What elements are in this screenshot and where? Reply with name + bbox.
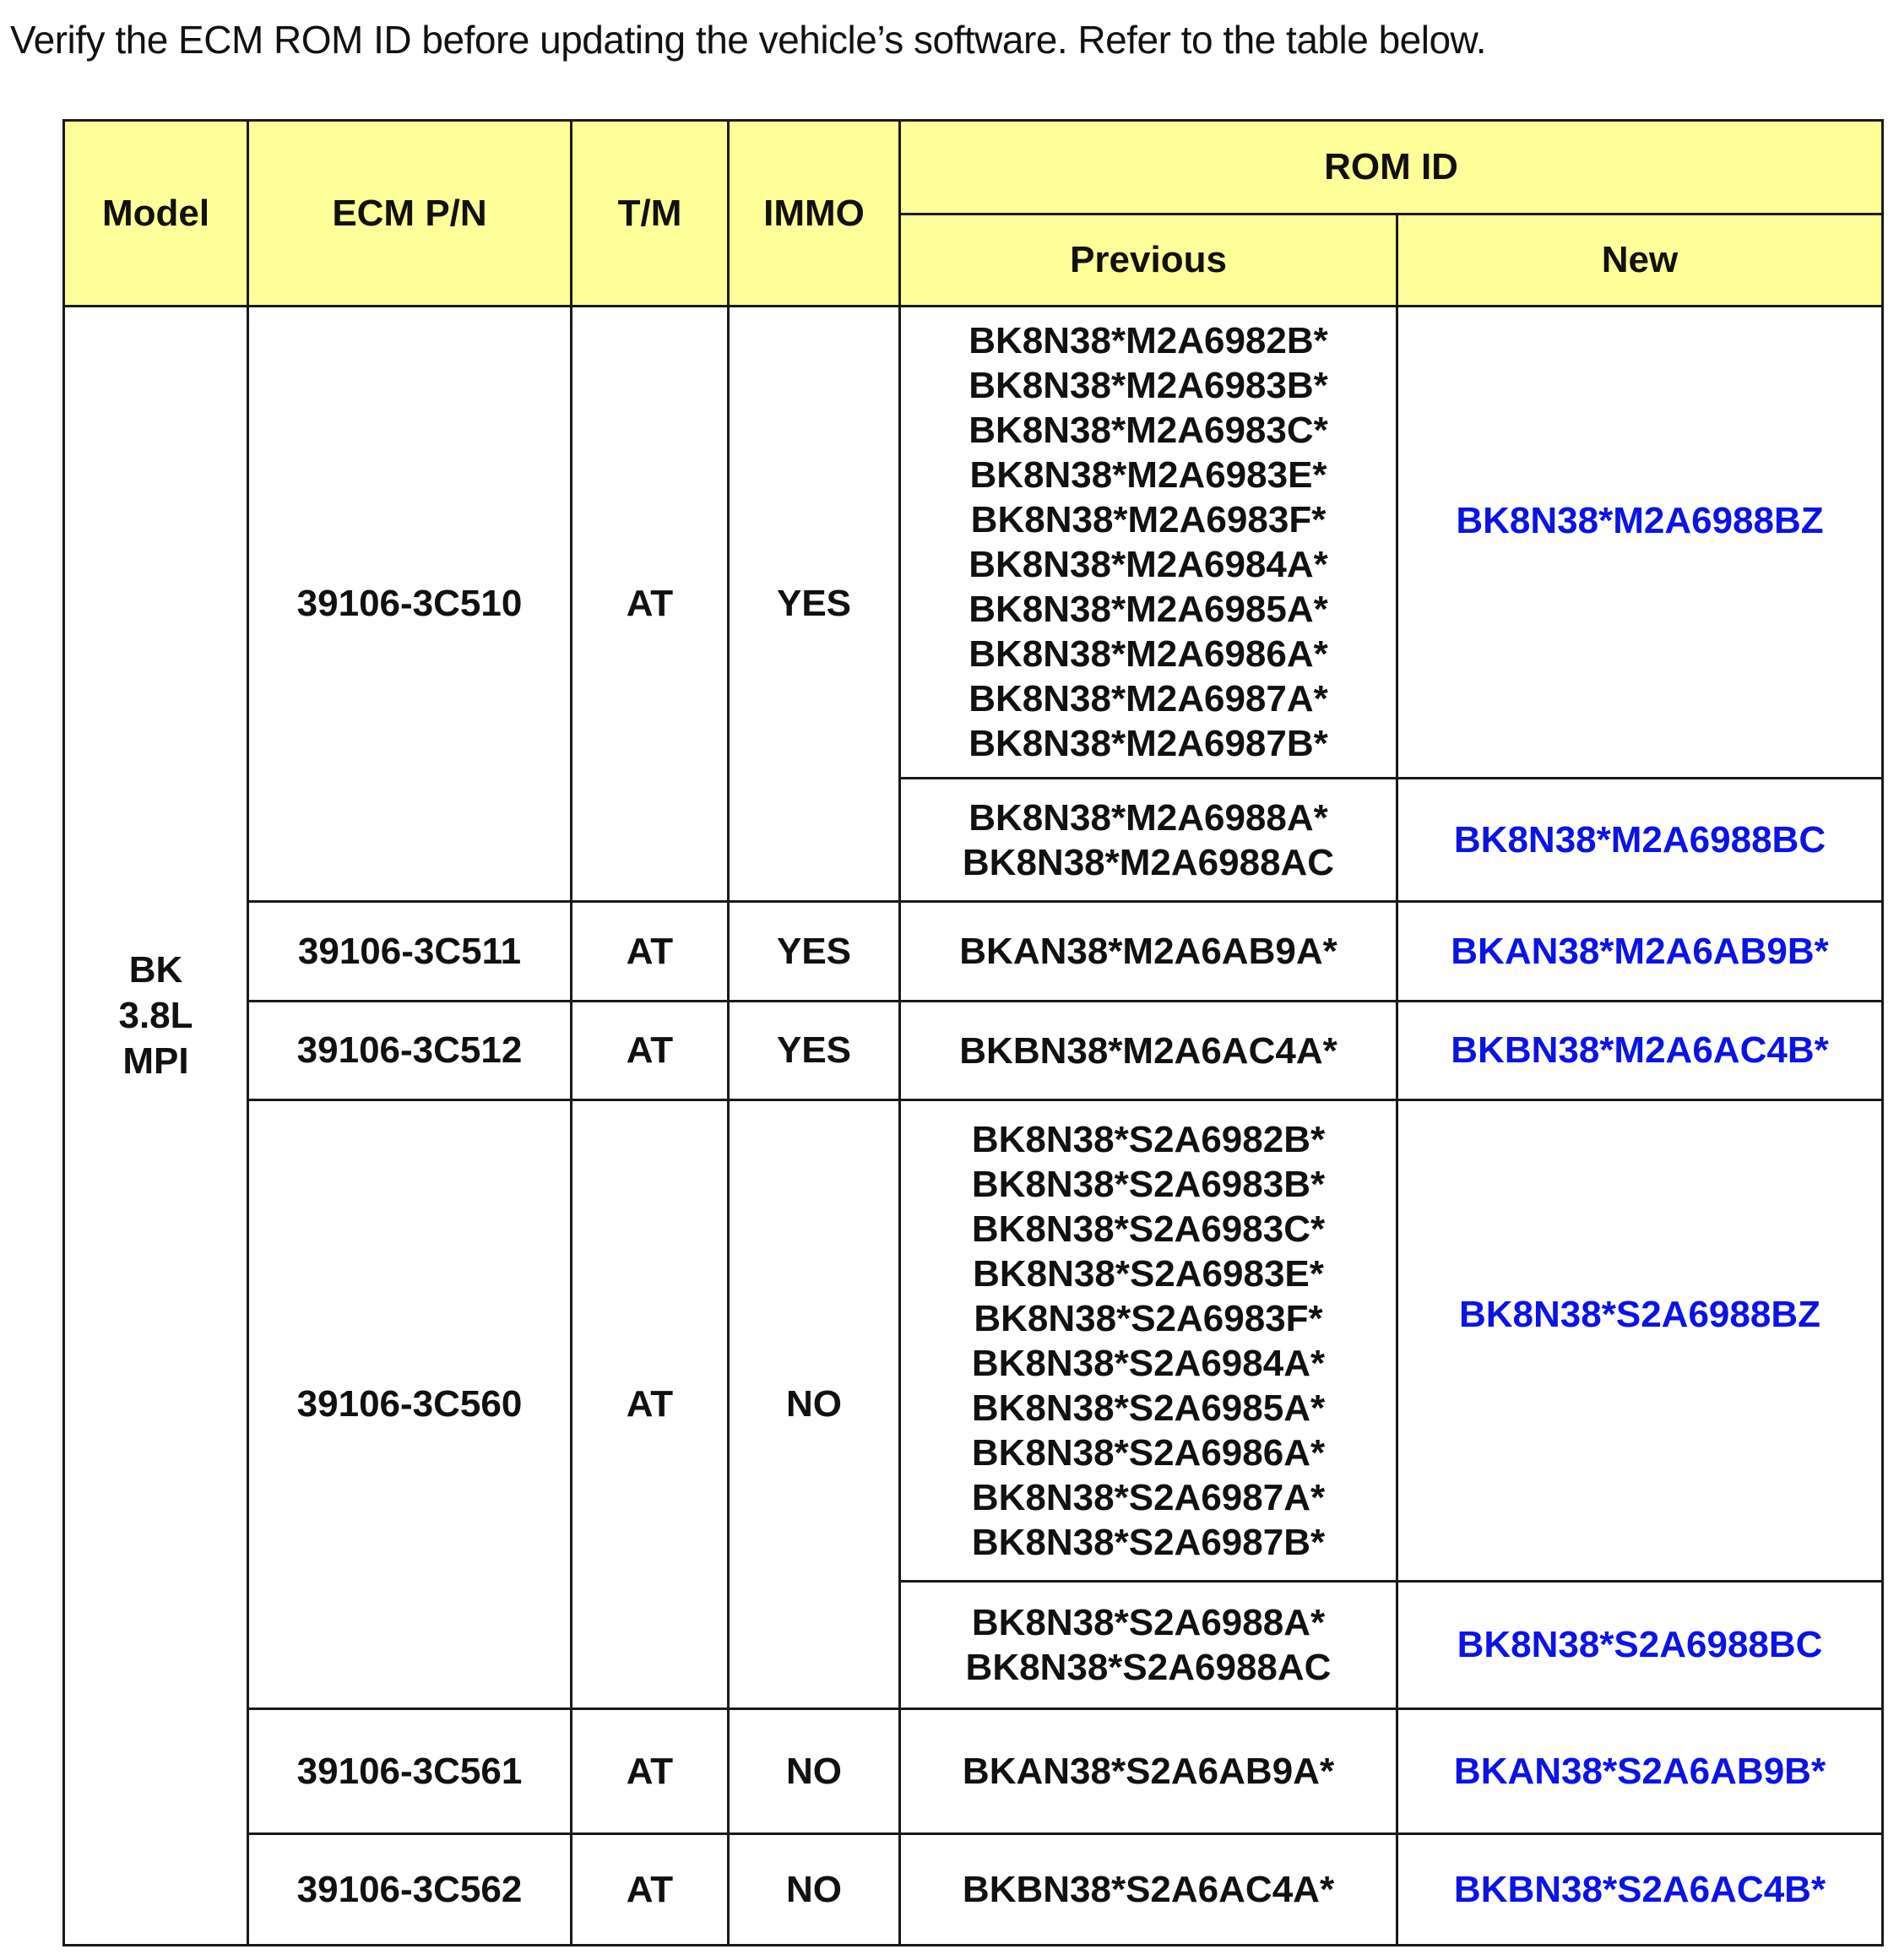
table-row: 39106-3C562ATNOBKBN38*S2A6AC4A*BKBN38*S2…	[64, 1834, 1883, 1946]
previous-rom-id: BK8N38*M2A6984A*	[901, 542, 1396, 587]
model-line: BK	[65, 947, 247, 993]
previous-rom-cell: BK8N38*M2A6988A*BK8N38*M2A6988AC	[900, 779, 1397, 902]
previous-rom-id: BKAN38*M2A6AB9A*	[901, 929, 1396, 974]
new-rom-cell: BK8N38*S2A6988BZ	[1397, 1100, 1883, 1582]
previous-rom-id: BK8N38*S2A6987B*	[901, 1520, 1396, 1565]
previous-rom-id: BK8N38*M2A6986A*	[901, 632, 1396, 676]
previous-rom-id: BK8N38*S2A6985A*	[901, 1386, 1396, 1431]
previous-rom-id: BK8N38*S2A6983F*	[901, 1296, 1396, 1341]
rom-id-table: Model ECM P/N T/M IMMO ROM ID Previous N…	[62, 119, 1884, 1946]
new-rom-cell: BKBN38*S2A6AC4B*	[1397, 1834, 1883, 1946]
previous-rom-id: BK8N38*S2A6984A*	[901, 1341, 1396, 1386]
previous-rom-cell: BKAN38*S2A6AB9A*	[900, 1709, 1397, 1834]
tm-cell: AT	[572, 1002, 729, 1100]
header-model: Model	[64, 121, 248, 307]
ecm-pn-cell: 39106-3C562	[248, 1834, 572, 1946]
previous-rom-id: BK8N38*M2A6985A*	[901, 587, 1396, 632]
previous-rom-id: BK8N38*S2A6983C*	[901, 1207, 1396, 1251]
previous-rom-id: BKBN38*M2A6AC4A*	[901, 1029, 1396, 1073]
previous-rom-id: BK8N38*S2A6986A*	[901, 1431, 1396, 1475]
previous-rom-id: BK8N38*M2A6983F*	[901, 497, 1396, 542]
previous-rom-cell: BKBN38*M2A6AC4A*	[900, 1002, 1397, 1100]
previous-rom-id: BK8N38*M2A6983C*	[901, 408, 1396, 453]
tm-cell: AT	[572, 1100, 729, 1709]
tm-cell: AT	[572, 307, 729, 902]
header-tm: T/M	[572, 121, 729, 307]
tm-cell: AT	[572, 902, 729, 1002]
tm-cell: AT	[572, 1834, 729, 1946]
table-row: 39106-3C561ATNOBKAN38*S2A6AB9A*BKAN38*S2…	[64, 1709, 1883, 1834]
previous-rom-id: BK8N38*M2A6987B*	[901, 721, 1396, 766]
new-rom-cell: BK8N38*M2A6988BZ	[1397, 307, 1883, 779]
new-rom-cell: BKAN38*S2A6AB9B*	[1397, 1709, 1883, 1834]
previous-rom-id: BK8N38*M2A6987A*	[901, 676, 1396, 721]
previous-rom-id: BK8N38*S2A6983B*	[901, 1162, 1396, 1207]
ecm-pn-cell: 39106-3C510	[248, 307, 572, 902]
previous-rom-id: BK8N38*S2A6983E*	[901, 1251, 1396, 1296]
header-immo: IMMO	[729, 121, 900, 307]
model-cell: BK3.8LMPI	[64, 307, 248, 1946]
immo-cell: NO	[729, 1709, 900, 1834]
previous-rom-cell: BKBN38*S2A6AC4A*	[900, 1834, 1397, 1946]
header-new: New	[1397, 214, 1883, 307]
ecm-pn-cell: 39106-3C512	[248, 1002, 572, 1100]
previous-rom-id: BK8N38*M2A6988A*	[901, 795, 1396, 840]
table-row: BK3.8LMPI39106-3C510ATYESBK8N38*M2A6982B…	[64, 307, 1883, 779]
new-rom-cell: BKAN38*M2A6AB9B*	[1397, 902, 1883, 1002]
immo-cell: NO	[729, 1834, 900, 1946]
previous-rom-cell: BK8N38*S2A6988A*BK8N38*S2A6988AC	[900, 1582, 1397, 1709]
previous-rom-id: BKAN38*S2A6AB9A*	[901, 1749, 1396, 1794]
previous-rom-cell: BK8N38*M2A6982B*BK8N38*M2A6983B*BK8N38*M…	[900, 307, 1397, 779]
previous-rom-cell: BK8N38*S2A6982B*BK8N38*S2A6983B*BK8N38*S…	[900, 1100, 1397, 1582]
new-rom-cell: BK8N38*M2A6988BC	[1397, 779, 1883, 902]
previous-rom-id: BK8N38*M2A6983E*	[901, 453, 1396, 497]
header-rom-id: ROM ID	[900, 121, 1883, 214]
previous-rom-cell: BKAN38*M2A6AB9A*	[900, 902, 1397, 1002]
tm-cell: AT	[572, 1709, 729, 1834]
immo-cell: YES	[729, 902, 900, 1002]
immo-cell: NO	[729, 1100, 900, 1709]
ecm-pn-cell: 39106-3C511	[248, 902, 572, 1002]
table-row: 39106-3C511ATYESBKAN38*M2A6AB9A*BKAN38*M…	[64, 902, 1883, 1002]
table-body: BK3.8LMPI39106-3C510ATYESBK8N38*M2A6982B…	[64, 307, 1883, 1946]
header-previous: Previous	[900, 214, 1397, 307]
ecm-pn-cell: 39106-3C561	[248, 1709, 572, 1834]
previous-rom-id: BK8N38*M2A6982B*	[901, 318, 1396, 363]
table-row: 39106-3C512ATYESBKBN38*M2A6AC4A*BKBN38*M…	[64, 1002, 1883, 1100]
new-rom-cell: BK8N38*S2A6988BC	[1397, 1582, 1883, 1709]
previous-rom-id: BK8N38*S2A6982B*	[901, 1117, 1396, 1162]
previous-rom-id: BK8N38*M2A6988AC	[901, 840, 1396, 885]
previous-rom-id: BK8N38*S2A6987A*	[901, 1475, 1396, 1520]
new-rom-cell: BKBN38*M2A6AC4B*	[1397, 1002, 1883, 1100]
model-line: 3.8L	[65, 993, 247, 1039]
immo-cell: YES	[729, 1002, 900, 1100]
previous-rom-id: BK8N38*S2A6988AC	[901, 1645, 1396, 1690]
previous-rom-id: BK8N38*S2A6988A*	[901, 1600, 1396, 1645]
table-row: 39106-3C560ATNOBK8N38*S2A6982B*BK8N38*S2…	[64, 1100, 1883, 1582]
ecm-pn-cell: 39106-3C560	[248, 1100, 572, 1709]
intro-text: Verify the ECM ROM ID before updating th…	[10, 17, 1486, 62]
immo-cell: YES	[729, 307, 900, 902]
previous-rom-id: BK8N38*M2A6983B*	[901, 363, 1396, 408]
model-line: MPI	[65, 1039, 247, 1084]
previous-rom-id: BKBN38*S2A6AC4A*	[901, 1867, 1396, 1912]
header-ecm-pn: ECM P/N	[248, 121, 572, 307]
